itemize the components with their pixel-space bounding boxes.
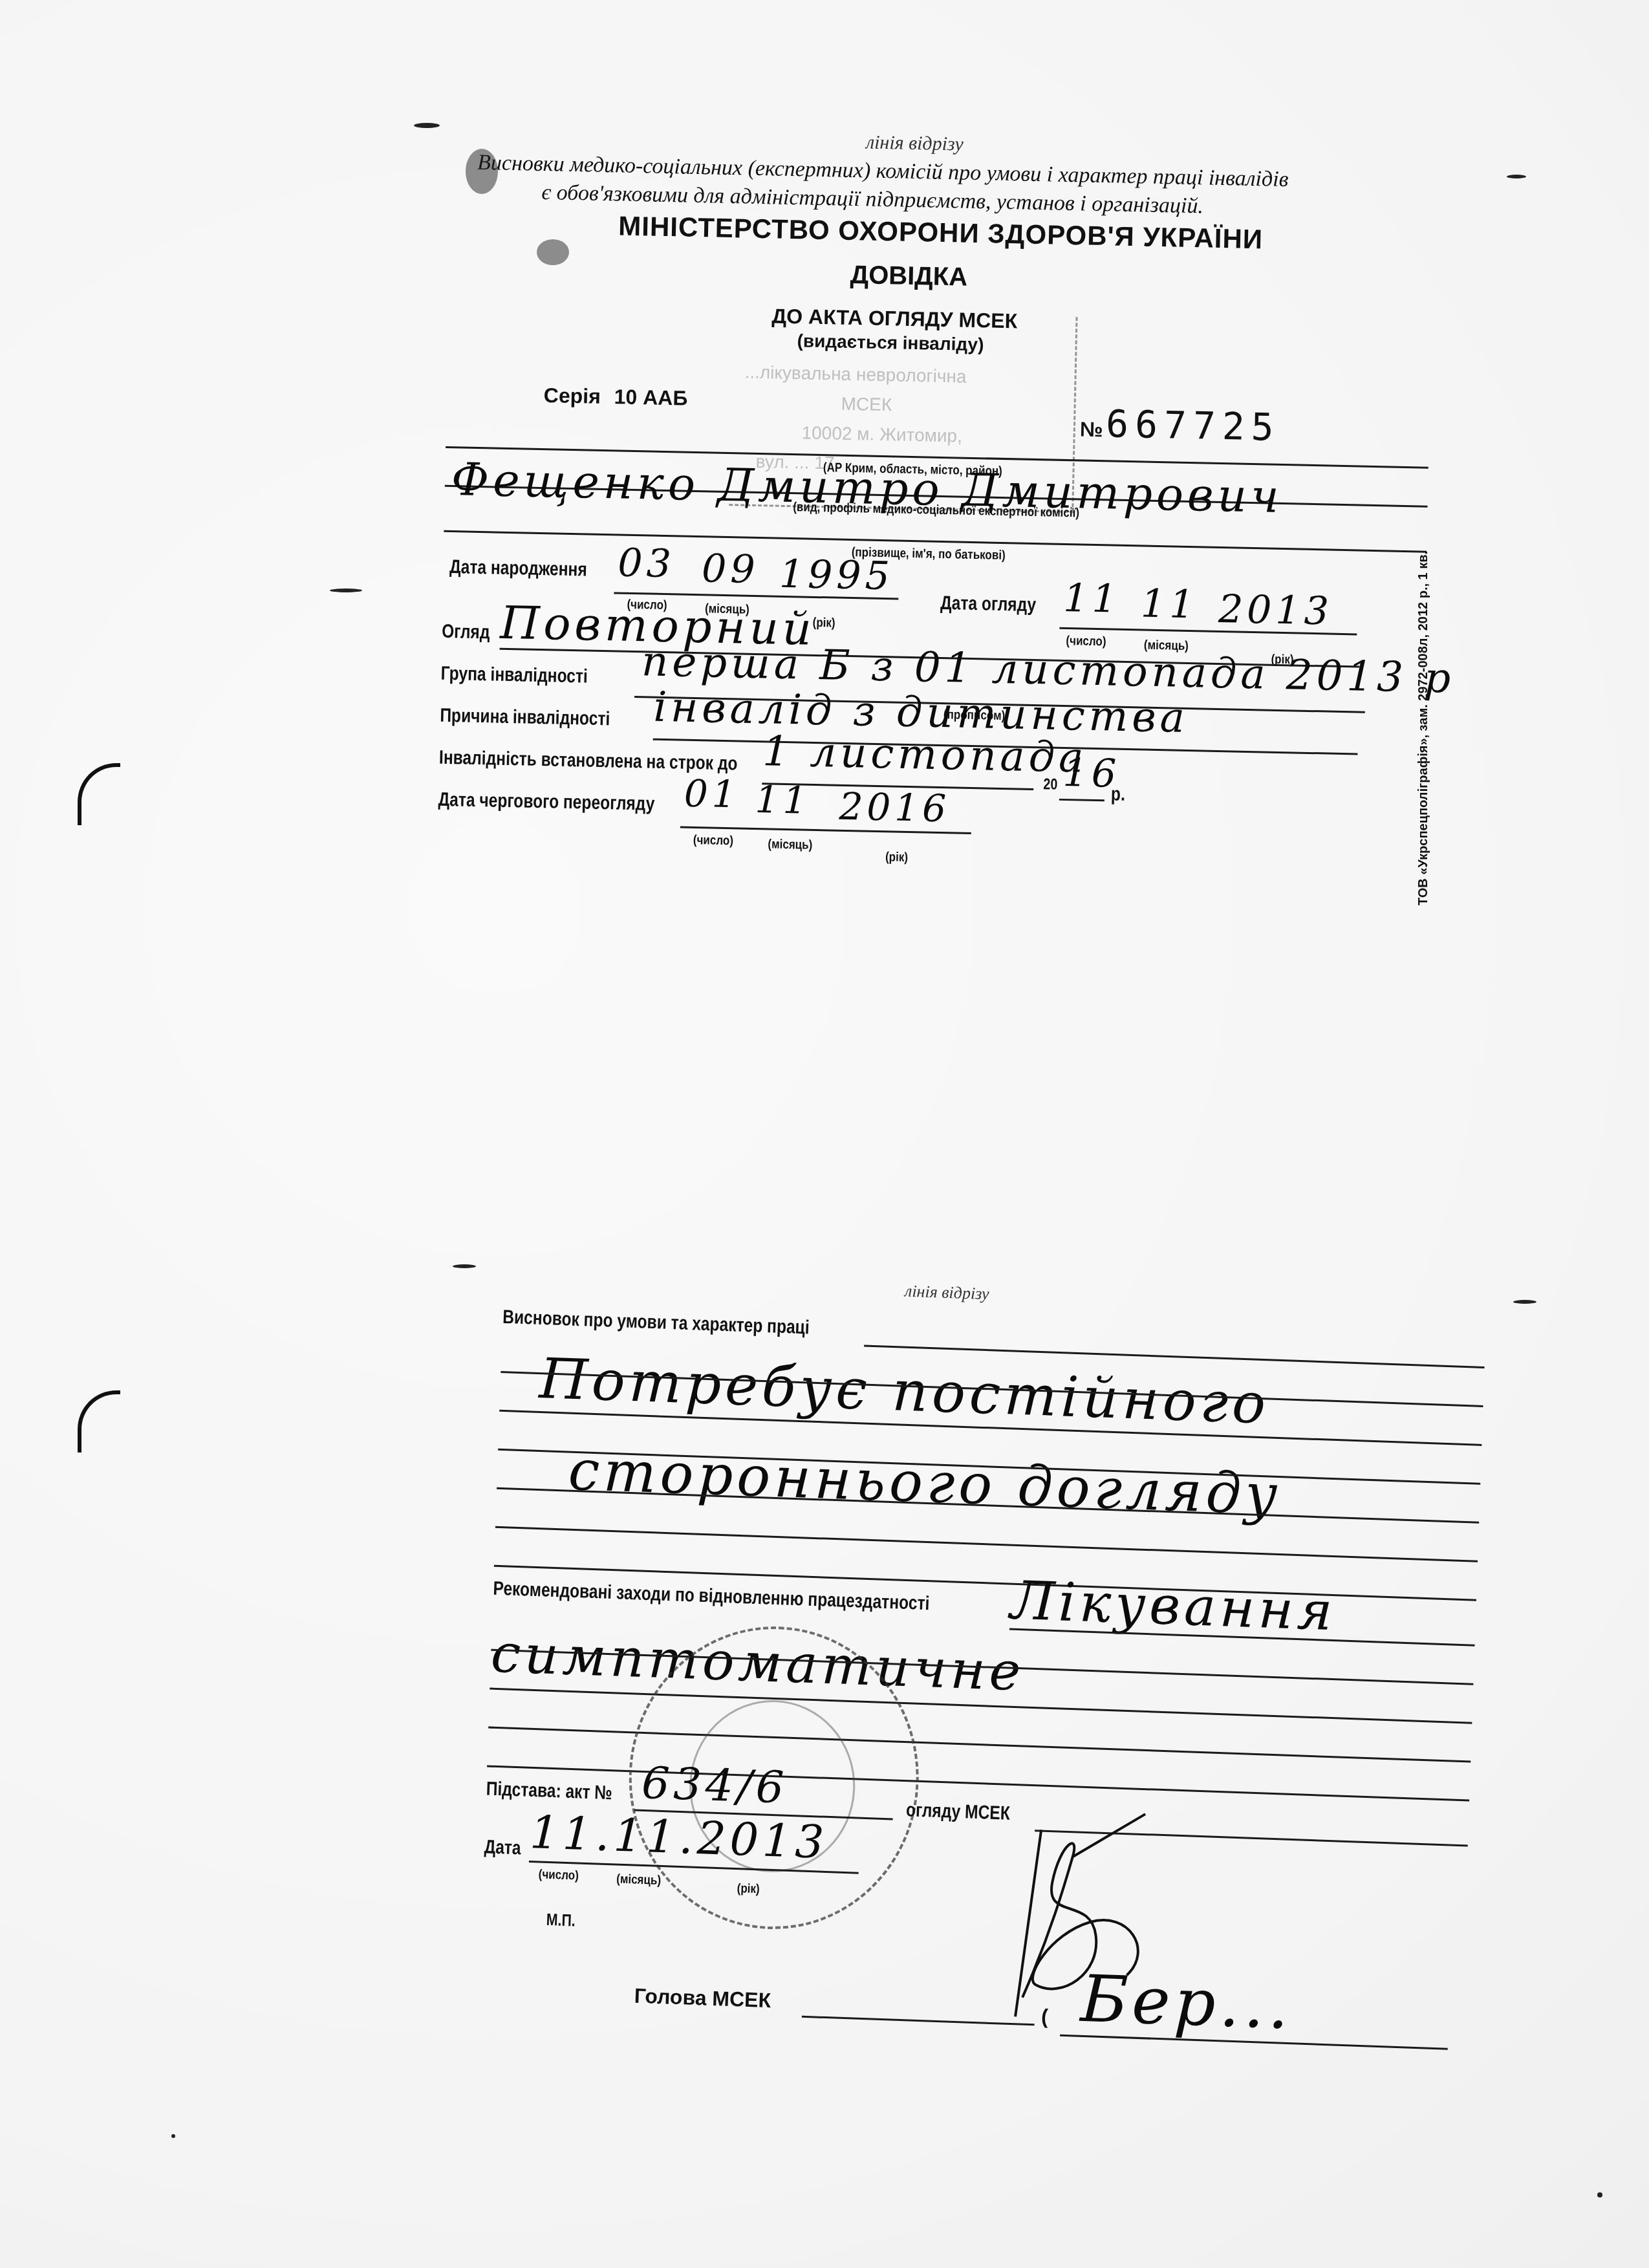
basis-suffix: огляду МСЕК (905, 1799, 1010, 1825)
head-name: Бер... (1079, 1961, 1294, 2044)
number-value: 667725 (1105, 402, 1280, 449)
exam-date-month: 11 (1141, 581, 1199, 627)
certificate-number: № 667725 (1079, 401, 1280, 449)
series-label: Серія 10 ААБ (543, 383, 687, 411)
caption-day: (число) (538, 1867, 579, 1883)
stamp-line: МСЕК (841, 394, 892, 416)
valid-until-label: Інвалідність встановлена на строк до (439, 747, 738, 775)
document-title: ДОВІДКА (850, 261, 967, 292)
basis-act-number: 634/6 (641, 1758, 789, 1814)
caption-day: (число) (693, 833, 734, 848)
birth-date-day: 03 (618, 541, 676, 587)
date-value: 11.11.2013 (529, 1806, 828, 1869)
recommendation-label: Рекомендовані заходи по відновленню прац… (493, 1578, 930, 1615)
scan-speck (1513, 1300, 1536, 1304)
scan-smudge (466, 149, 498, 194)
certificate-top-section: лінія відрізу Висновки медико-соціальних… (436, 110, 1487, 940)
conclusion-line-1: Потребує постійного (538, 1346, 1270, 1436)
valid-until-year-line (1059, 799, 1105, 801)
scan-speck (171, 2134, 175, 2138)
scan-speck (1507, 175, 1526, 178)
birth-date-label: Дата народження (449, 556, 587, 581)
exam-date-label: Дата огляду (940, 592, 1037, 616)
signature-line (802, 2016, 1035, 2026)
cut-line-label: лінія відрізу (866, 131, 964, 155)
scan-speck (453, 1264, 476, 1268)
form-line (495, 1526, 1478, 1562)
valid-until-value: 1 листопада (762, 728, 1088, 783)
head-of-commission: Голова МСЕК (634, 1984, 771, 2013)
certificate-bottom-section: лінія відрізу Висновок про умови та хара… (478, 1268, 1500, 2065)
stamp-line: ...лікувальна неврологічна (744, 362, 967, 387)
next-review-year: 2016 (839, 784, 951, 831)
valid-until-year-prefix: 20 (1043, 775, 1057, 794)
next-review-month: 11 (755, 777, 811, 823)
exam-label: Огляд (442, 621, 490, 644)
printer-imprint: ТОВ «Укрспецполіграфія», зам. 2972-008л,… (1416, 551, 1431, 905)
scan-speck (1597, 2192, 1602, 2198)
caption-year: (рік) (885, 850, 908, 865)
conclusion-line-2: стороннього догляду (567, 1438, 1282, 1528)
next-review-day: 01 (684, 772, 740, 817)
binder-hole-mark (78, 763, 120, 825)
date-label: Дата (484, 1836, 521, 1859)
scanned-document-page: лінія відрізу Висновки медико-соціальних… (0, 0, 1649, 2268)
exam-date-day: 11 (1063, 576, 1121, 622)
binder-hole-mark (78, 1390, 120, 1453)
caption-month: (місяць) (768, 837, 812, 852)
disability-cause-label: Причина інвалідності (440, 705, 610, 731)
series-value: 10 ААБ (614, 385, 687, 409)
conclusion-label: Висновок про умови та характер праці (502, 1306, 810, 1339)
caption-month: (місяць) (616, 1872, 662, 1888)
recommendation-line-1: Лікування (1009, 1570, 1337, 1643)
cut-line-label-bottom: лінія відрізу (905, 1282, 990, 1304)
paren: ( (1040, 2005, 1048, 2029)
stamp-line: 10002 м. Житомир, (801, 422, 962, 446)
mp-label: М.П. (546, 1910, 576, 1931)
birth-date-month: 09 (701, 546, 759, 592)
head-label: Голова МСЕК (634, 1984, 771, 2012)
next-review-label: Дата чергового переогляду (438, 789, 654, 815)
scan-smudge (537, 239, 569, 265)
basis-label: Підстава: акт № (486, 1778, 612, 1805)
birth-date-year: 1995 (779, 552, 894, 599)
scan-speck (330, 589, 362, 592)
caption-year: (рік) (737, 1881, 760, 1897)
exam-date-year: 2013 (1218, 587, 1333, 634)
valid-until-year-unit: р. (1111, 784, 1126, 806)
number-label: № (1080, 417, 1103, 441)
disability-group-label: Група інвалідності (440, 663, 588, 688)
scan-speck (414, 123, 440, 128)
